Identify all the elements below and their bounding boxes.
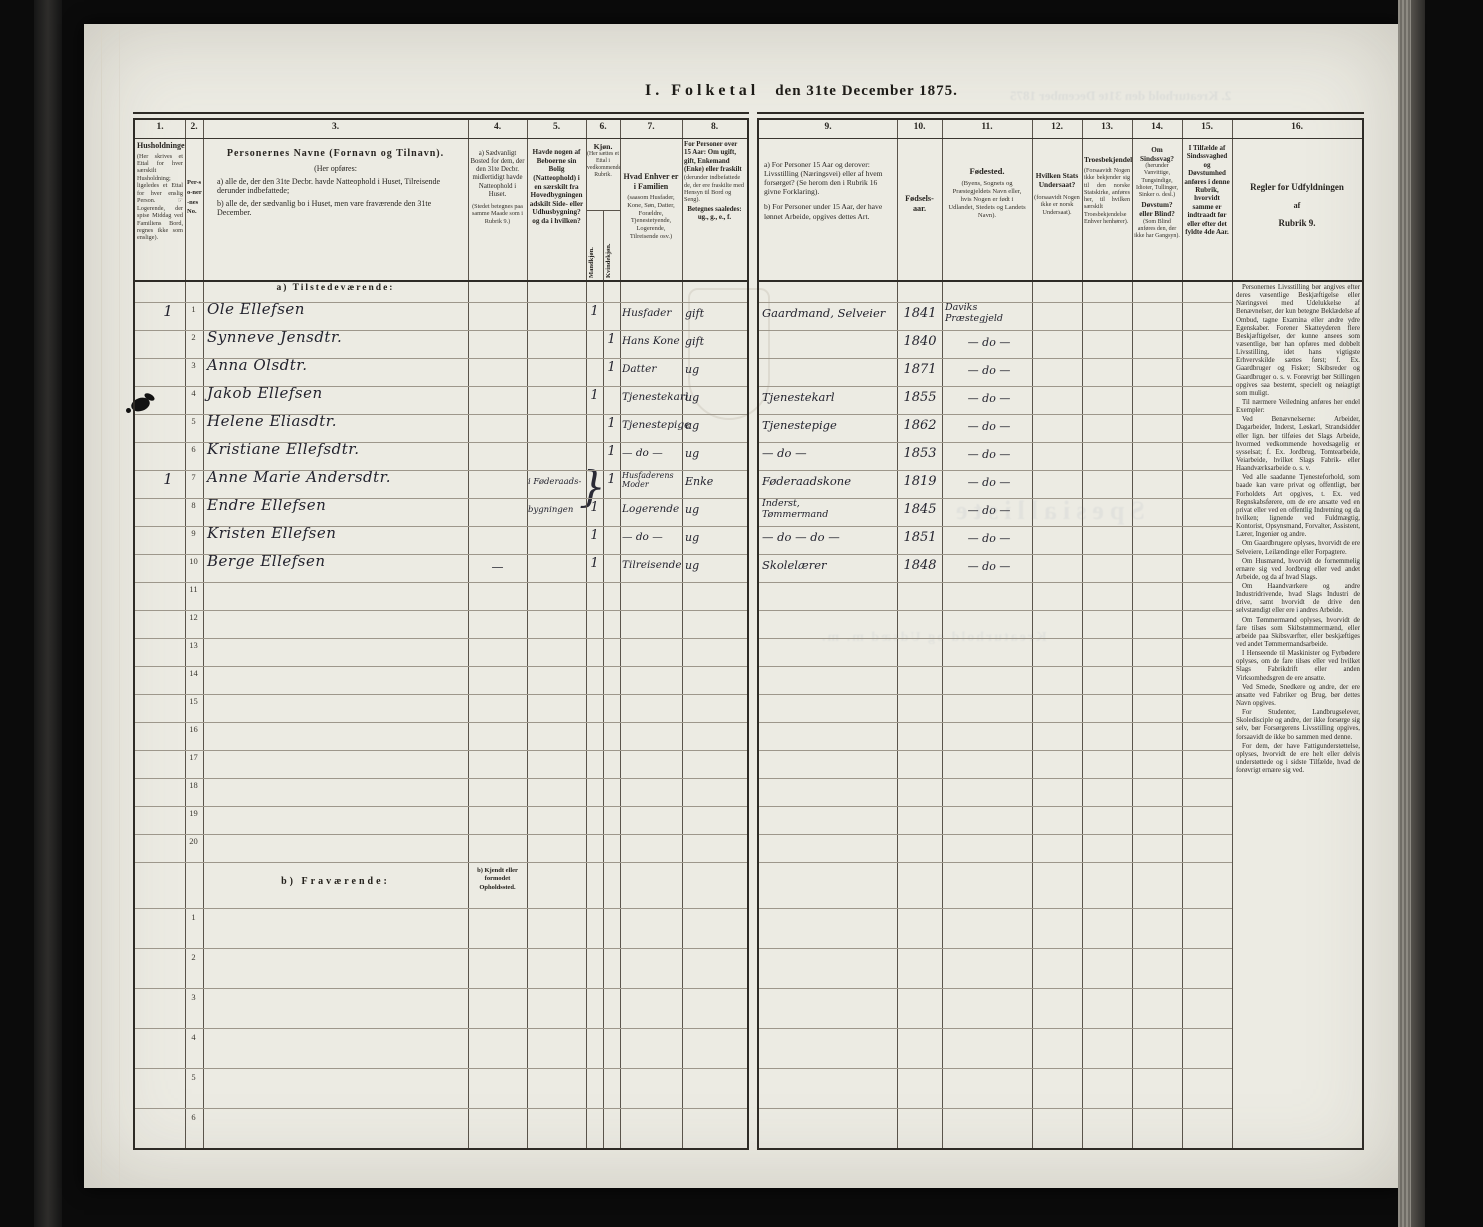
rules-text: Personernes Livsstilling bør angives eft… [1236, 284, 1360, 1084]
marital-status: ug [685, 419, 745, 432]
absent-row-number: 6 [184, 1112, 203, 1122]
absent-row-number: 5 [184, 1072, 203, 1082]
header-households-title: Husholdninger. [137, 141, 183, 151]
column-rule [1132, 120, 1133, 1148]
header-mental-state: Om Sindssvag? (herunder Vanvittige, Tung… [1132, 138, 1182, 278]
row-rule [759, 470, 1232, 471]
header-sex-female: Kvindekjøn. [605, 214, 619, 278]
header-sex-note: (Her sættes et Ettal i vedkommende Rubri… [587, 151, 619, 179]
header-rules-title: Regler for Udfyldningen [1234, 182, 1360, 193]
household-mark: 1 [155, 470, 181, 488]
usual-residence-entry: — [468, 560, 527, 574]
family-position: Tjenestekarl [622, 391, 684, 403]
person-name: Kristen Ellefsen [207, 524, 336, 542]
marital-status: ug [685, 391, 745, 404]
person-name: Synneve Jensdtr. [207, 328, 342, 346]
column-rule [1082, 120, 1083, 1148]
row-rule [759, 750, 1232, 751]
page-title-main: I. Folketal [645, 82, 759, 99]
row-number: 19 [184, 808, 203, 818]
header-family-position: Hvad Enhver er i Familien (saasom Husfad… [620, 138, 682, 278]
section-label-absent: b) Fraværende: [203, 876, 468, 887]
birth-year: 1855 [898, 390, 942, 405]
family-position: Hans Kone [622, 335, 684, 347]
row-number: 1 [184, 304, 203, 314]
header-names-b: b) alle de, der sædvanlig bo i Huset, me… [217, 199, 454, 218]
header-names-title: Personernes Navne (Fornavn og Tilnavn). [217, 148, 454, 160]
header-occupation-b: b) For Personer under 15 Aar, der have l… [764, 202, 892, 220]
header-marital-title: For Personer over 15 Aar: Om ugift, gift… [684, 141, 745, 174]
column-rule [682, 120, 683, 1148]
adjacent-page-edge-left [34, 0, 62, 1227]
column-number: 5. [527, 122, 586, 132]
birth-year: 1819 [898, 474, 942, 489]
birth-year: 1848 [898, 558, 942, 573]
birthplace: — do — [945, 336, 1033, 349]
row-rule [759, 442, 1232, 443]
rules-paragraph: I Henseende til Maskinister og Fyrbødere… [1236, 650, 1360, 683]
row-number: 14 [184, 668, 203, 678]
column-rule [1032, 120, 1033, 1148]
sex-mark: 1 [586, 528, 603, 543]
header-creed: Troesbekjendelse. (Forsaavidt Nogen ikke… [1082, 138, 1132, 278]
birthplace: — do — [945, 420, 1033, 433]
header-outbuilding: Havde nogen af Beboerne sin Bolig (Natte… [527, 138, 586, 278]
column-rule [620, 120, 621, 1148]
family-position: Tjenestepige [622, 419, 684, 431]
absent-row-number: 1 [184, 912, 203, 922]
row-rule [759, 1108, 1232, 1109]
paper-fold-line [119, 28, 120, 1185]
row-rule [759, 722, 1232, 723]
occupation: Tjenestepige [762, 419, 900, 433]
row-rule [135, 750, 747, 751]
row-rule [759, 638, 1232, 639]
row-rule [759, 862, 1232, 863]
header-rules: Regler for Udfyldningen af Rubrik 9. [1232, 138, 1362, 278]
rules-paragraph: For dem, der have Fattigunderstøttelse, … [1236, 743, 1360, 776]
birthplace: — do — [945, 448, 1033, 461]
family-position: Husfaderens Moder [622, 471, 684, 489]
header-rules-line3: Rubrik 9. [1234, 218, 1360, 229]
rules-paragraph: Ved alle saadanne Tjenesteforhold, som b… [1236, 474, 1360, 539]
column-number: 15. [1182, 122, 1232, 132]
header-mental-title2: Døvstum? eller Blind? [1134, 201, 1180, 218]
row-rule [759, 1028, 1232, 1029]
column-number: 14. [1132, 122, 1182, 132]
page-edge-strip-right-2 [1411, 0, 1425, 1227]
header-names: Personernes Navne (Fornavn og Tilnavn). … [203, 138, 468, 278]
header-citizenship: Hvilken Stats Undersaat? (forsaavidt Nog… [1032, 138, 1082, 278]
row-rule [759, 386, 1232, 387]
rules-paragraph: Om Haandværkere og andre Industridrivend… [1236, 583, 1360, 616]
row-number: 4 [184, 388, 203, 398]
birth-year: 1853 [898, 446, 942, 461]
occupation: Gaardmand, Selveier [762, 307, 900, 321]
column-rule [468, 120, 469, 1148]
row-rule [759, 526, 1232, 527]
header-mental-note: (herunder Vanvittige, Tungsindige, Idiot… [1134, 163, 1180, 199]
birth-year: 1862 [898, 418, 942, 433]
marital-status: gift [685, 307, 745, 320]
header-birthplace: Fødested. (Byens, Sognets og Præstegjeld… [942, 138, 1032, 278]
header-sex-title: Kjøn. [587, 142, 619, 151]
marital-status: ug [685, 559, 745, 572]
census-table-right: a) For Personer 15 Aar og derover: Livss… [757, 118, 1364, 1150]
row-rule [759, 414, 1232, 415]
row-number: 13 [184, 640, 203, 650]
person-name: Kristiane Ellefsdtr. [207, 440, 360, 458]
header-usual-residence: a) Sædvanligt Bosted for dem, der den 31… [468, 138, 527, 278]
column-number: 10. [897, 122, 942, 132]
column-number: 4. [468, 122, 527, 132]
family-position: Husfader [622, 307, 684, 319]
absent-col4-note: b) Kjendt eller formodet Opholdssted. [468, 867, 527, 892]
row-rule [135, 988, 747, 989]
family-position: Logerende [622, 503, 684, 515]
person-name: Berge Ellefsen [207, 552, 326, 570]
column-rule [942, 120, 943, 1148]
column-rule [1232, 120, 1233, 1148]
header-birth-year: Fødsels-aar. [897, 138, 942, 278]
header-creed-title: Troesbekjendelse. [1084, 156, 1130, 165]
row-number: 17 [184, 752, 203, 762]
row-number: 2 [184, 332, 203, 342]
row-rule [135, 722, 747, 723]
sex-mark: 1 [603, 416, 620, 431]
occupation: Inderst, Tømmermand [762, 498, 900, 521]
occupation: Skolelærer [762, 559, 900, 573]
sex-mark: 1 [586, 304, 603, 319]
column-number: 11. [942, 122, 1032, 132]
person-name: Ole Ellefsen [207, 300, 305, 318]
column-rule [203, 120, 204, 1148]
column-number: 13. [1082, 122, 1132, 132]
row-rule [135, 948, 747, 949]
birthplace: — do — [945, 364, 1033, 377]
header-mental-note2: (Som Blind anføres den, der ikke har Gan… [1134, 219, 1180, 241]
column-number: 8. [682, 122, 747, 132]
marital-status: ug [685, 503, 745, 516]
column-number: 2. [185, 122, 203, 132]
birthplace: — do — [945, 560, 1033, 573]
header-households-note: (Her skrives et Ettal for hver særskilt … [137, 153, 183, 242]
header-occupation-a: a) For Personer 15 Aar og derover: Livss… [764, 160, 892, 196]
row-number: 20 [184, 836, 203, 846]
header-marital-note: (derunder indbefattede de, der ere frask… [684, 174, 745, 204]
row-rule [759, 554, 1232, 555]
row-rule [759, 694, 1232, 695]
header-person-number-title: Per-so-ner-nes No. [187, 178, 202, 217]
header-birthplace-note: (Byens, Sognets og Præstegjeldets Navn e… [948, 180, 1026, 220]
row-rule [135, 638, 747, 639]
header-citizenship-note: (forsaavidt Nogen ikke er norsk Undersaa… [1034, 194, 1080, 217]
birthplace: — do — [945, 532, 1033, 545]
row-number: 7 [184, 472, 203, 482]
row-number: 9 [184, 528, 203, 538]
row-number: 18 [184, 780, 203, 790]
header-family-position-note: (saasom Husfader, Kone, Søn, Datter, For… [622, 194, 680, 240]
row-number: 8 [184, 500, 203, 510]
header-person-number: Per-so-ner-nes No. [185, 138, 203, 278]
census-table-left: Husholdninger. (Her skrives et Ettal for… [133, 118, 749, 1150]
row-rule [135, 1108, 747, 1109]
rules-paragraph: Ved Smede, Snedkere og andre, der ere an… [1236, 684, 1360, 708]
rules-paragraph: Ved Benævnelserne: Arbeider, Dagarbeider… [1236, 416, 1360, 473]
sex-subcolumn-topline [586, 210, 620, 211]
row-rule [759, 948, 1232, 949]
row-rule [135, 280, 747, 282]
row-number: 12 [184, 612, 203, 622]
row-rule [759, 834, 1232, 835]
row-rule [759, 582, 1232, 583]
column-number: 6. [586, 122, 620, 132]
header-birth-year-title: Fødsels-aar. [899, 194, 940, 214]
birthplace: — do — [945, 476, 1033, 489]
sex-mark: 1 [586, 500, 603, 515]
header-rules-line2: af [1234, 201, 1360, 211]
birthplace: — do — [945, 504, 1033, 517]
row-rule [135, 666, 747, 667]
header-occupation: a) For Personer 15 Aar og derover: Livss… [759, 138, 897, 278]
sex-mark: 1 [586, 556, 603, 571]
family-position: Tilreisende [622, 559, 684, 571]
birthplace: — do — [945, 392, 1033, 405]
header-birthplace-title: Fødested. [948, 166, 1026, 176]
rules-paragraph: For Studenter, Landbrugselever, Skoledis… [1236, 709, 1360, 742]
row-rule [135, 862, 747, 863]
page-title: I. Folketalden 31te December 1875. [645, 82, 958, 100]
header-mental-title: Om Sindssvag? [1134, 146, 1180, 163]
marital-status: ug [685, 531, 745, 544]
header-marital-status: For Personer over 15 Aar: Om ugift, gift… [682, 138, 747, 278]
family-position: — do — [622, 531, 684, 543]
column-number: 16. [1232, 122, 1362, 132]
occupation: Føderaadskone [762, 475, 900, 489]
person-name: Anne Marie Andersdtr. [207, 468, 391, 486]
family-position: — do — [622, 447, 684, 459]
column-number: 7. [620, 122, 682, 132]
row-rule [759, 280, 1362, 282]
sex-subcolumn-rule [603, 210, 604, 1148]
row-number: 3 [184, 360, 203, 370]
header-usual-residence-note: (Stedet betegnes paa samme Maade som i R… [470, 203, 525, 225]
family-position: Datter [622, 363, 684, 375]
occupation: — do — [762, 447, 900, 461]
row-rule [135, 1028, 747, 1029]
person-name: Helene Eliasdtr. [207, 412, 337, 430]
header-family-position-title: Hvad Enhver er i Familien [622, 172, 680, 191]
row-rule [759, 666, 1232, 667]
row-rule [135, 694, 747, 695]
section-label-present: a) Tilstedeværende: [203, 283, 468, 293]
page-title-date: den 31te December 1875. [775, 83, 958, 99]
row-rule [135, 1068, 747, 1069]
marital-status: gift [685, 335, 745, 348]
birth-year: 1851 [898, 530, 942, 545]
ink-blot [126, 408, 131, 413]
column-number: 1. [135, 122, 185, 132]
person-name: Anna Olsdtr. [207, 356, 308, 374]
row-rule [759, 806, 1232, 807]
sex-mark: 1 [586, 388, 603, 403]
row-number: 5 [184, 416, 203, 426]
row-rule [759, 358, 1232, 359]
household-mark: 1 [155, 302, 181, 320]
row-number: 10 [184, 556, 203, 566]
row-rule [135, 806, 747, 807]
birth-year: 1871 [898, 362, 942, 377]
sex-mark: 1 [603, 360, 620, 375]
header-households: Husholdninger. (Her skrives et Ettal for… [135, 138, 185, 278]
marital-status: ug [685, 447, 745, 460]
marital-status: ug [685, 363, 745, 376]
row-rule [759, 330, 1232, 331]
sex-mark: 1 [603, 332, 620, 347]
sex-mark: 1 [603, 472, 620, 487]
row-number: 11 [184, 584, 203, 594]
page-edge-strip-right [1398, 0, 1411, 1227]
sex-mark: 1 [603, 444, 620, 459]
absent-row-number: 4 [184, 1032, 203, 1042]
row-rule [135, 582, 747, 583]
column-number: 12. [1032, 122, 1082, 132]
rules-paragraph: Om Tømmermænd oplyses, hvorvidt de fare … [1236, 617, 1360, 650]
rules-paragraph: Personernes Livsstilling bør angives eft… [1236, 284, 1360, 398]
row-number: 16 [184, 724, 203, 734]
person-name: Jakob Ellefsen [207, 384, 323, 402]
column-rule [897, 120, 898, 1148]
outbuilding-entry: i Føderaads- [528, 477, 584, 487]
row-rule [135, 834, 747, 835]
birth-year: 1841 [898, 306, 942, 321]
header-creed-note: (Forsaavidt Nogen ikke bekjender sig til… [1084, 168, 1130, 227]
header-outbuilding-title: Havde nogen af Beboerne sin Bolig (Natte… [529, 148, 584, 226]
row-number: 15 [184, 696, 203, 706]
absent-row-number: 3 [184, 992, 203, 1002]
birth-year: 1845 [898, 502, 942, 517]
table-top-rule-left [133, 112, 749, 114]
row-rule [135, 908, 747, 909]
column-rule [1182, 120, 1183, 1148]
table-top-rule-right [757, 112, 1364, 114]
outbuilding-entry: bygningen [528, 505, 584, 515]
occupation: Tjenestekarl [762, 391, 900, 405]
absent-row-number: 2 [184, 952, 203, 962]
row-rule [759, 1068, 1232, 1069]
person-name: Endre Ellefsen [207, 496, 326, 514]
occupation: — do — do — [762, 531, 900, 545]
row-rule [759, 778, 1232, 779]
header-onset-title: I Tilfælde af Sindssvaghed og Døvstumhed… [1184, 144, 1230, 236]
header-names-sub: (Her opføres: [217, 164, 454, 174]
row-rule [759, 138, 1362, 139]
row-rule [135, 138, 747, 139]
header-marital-note2: Betegnes saaledes: ug., g., e., f. [684, 206, 745, 223]
row-number: 6 [184, 444, 203, 454]
header-usual-residence-title: a) Sædvanligt Bosted for dem, der den 31… [470, 150, 525, 199]
column-rule [586, 120, 587, 1148]
paper-fold-line [101, 28, 102, 1185]
header-onset-age: I Tilfælde af Sindssvaghed og Døvstumhed… [1182, 138, 1232, 278]
header-citizenship-title: Hvilken Stats Undersaat? [1034, 172, 1080, 190]
rules-paragraph: Til nærmere Veiledning anføres her endel… [1236, 399, 1360, 415]
birthplace: Daviks Præstegjeld [945, 302, 1033, 325]
row-rule [759, 908, 1232, 909]
row-rule [759, 988, 1232, 989]
column-number: 3. [203, 122, 468, 132]
row-rule [135, 610, 747, 611]
birth-year: 1840 [898, 334, 942, 349]
header-sex-male: Mandkjøn. [588, 214, 602, 278]
bleed-through-text-top: 2. Kreaturhold den 31te December 1875 [1010, 88, 1231, 104]
rules-paragraph: Om Gaardbrugere oplyses, hvorvidt de ere… [1236, 540, 1360, 556]
header-names-a: a) alle de, der den 31te Decbr. havde Na… [217, 177, 454, 196]
row-rule [759, 610, 1232, 611]
column-number: 9. [759, 122, 897, 132]
rules-paragraph: Om Husmænd, hvorvidt de fornemmelig ernæ… [1236, 558, 1360, 582]
marital-status: Enke [685, 475, 745, 488]
column-rule [527, 120, 528, 1148]
row-rule [135, 778, 747, 779]
